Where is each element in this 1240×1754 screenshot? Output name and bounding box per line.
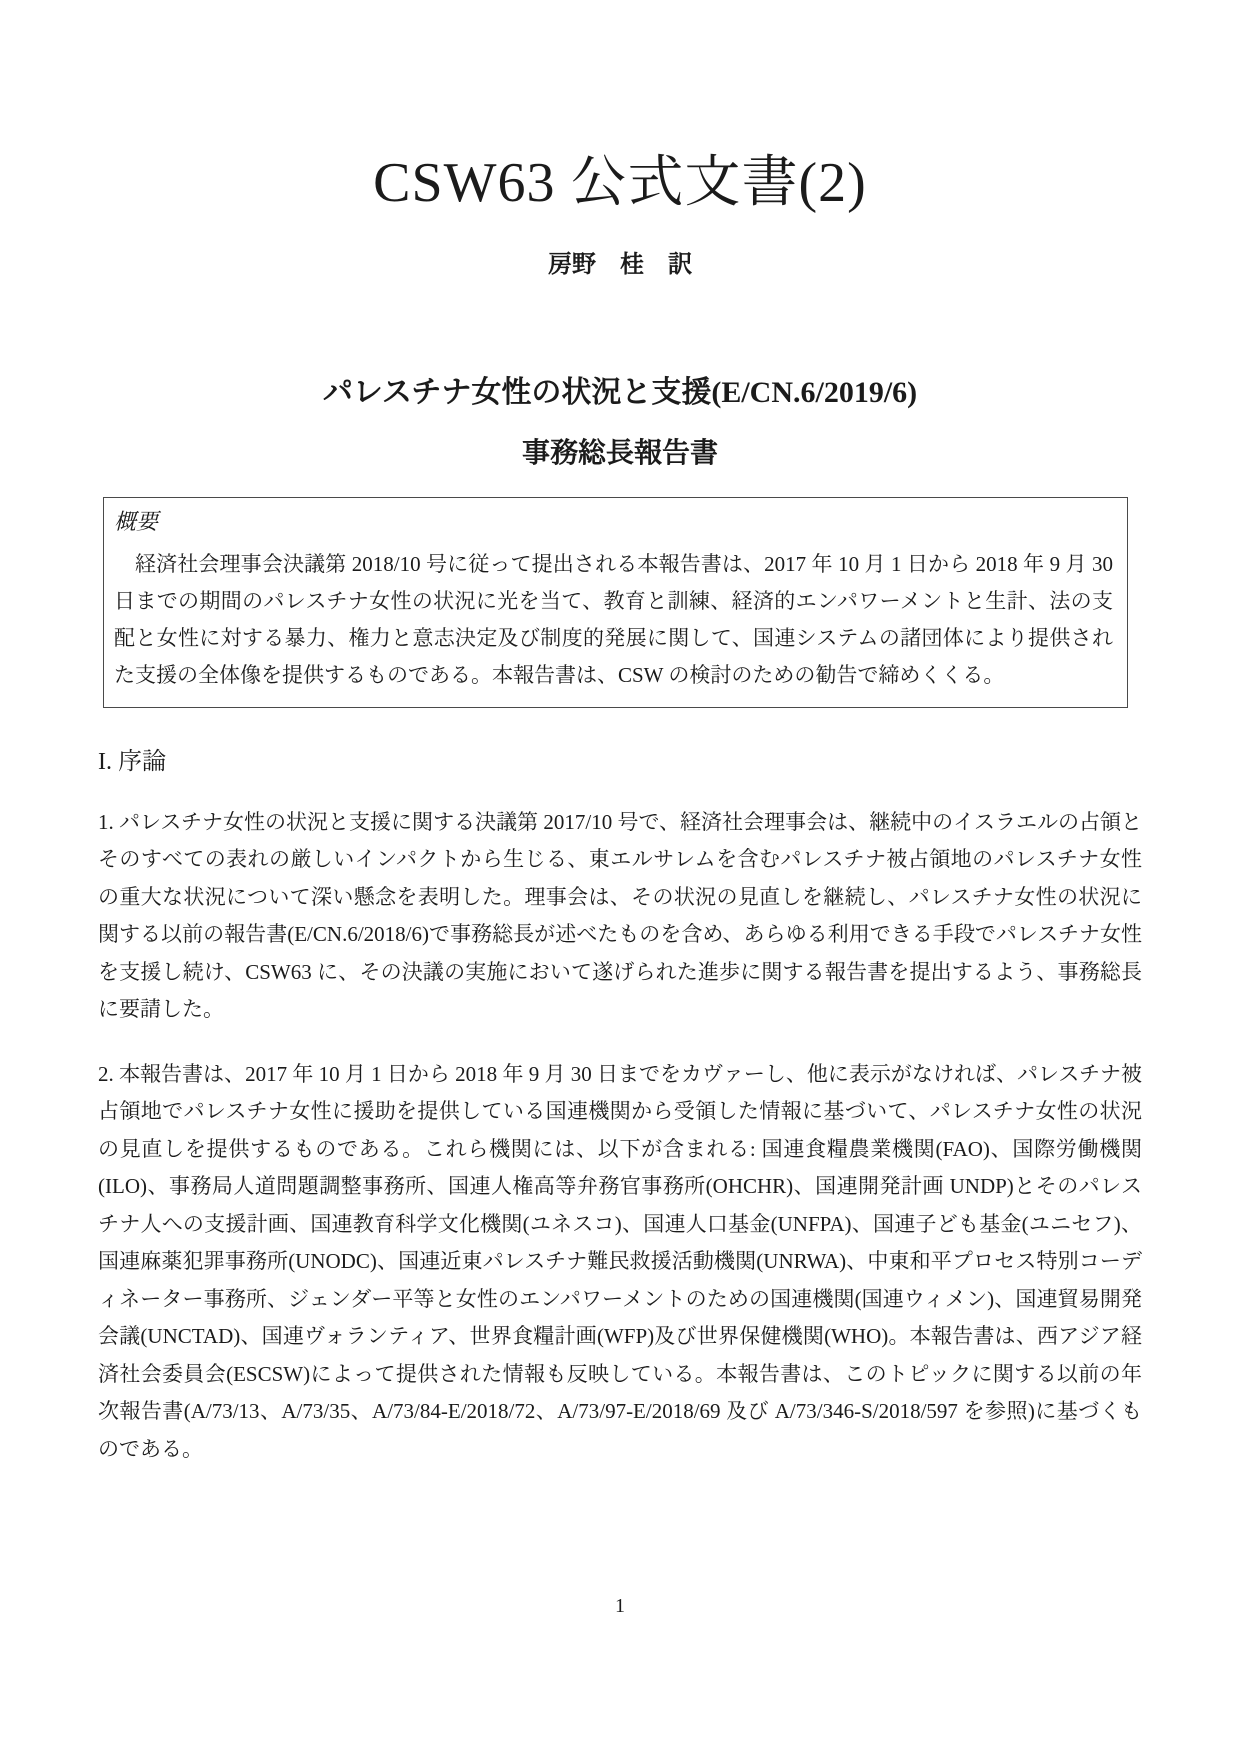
summary-box: 概要 経済社会理事会決議第 2018/10 号に従って提出される本報告書は、20… xyxy=(103,497,1128,708)
summary-text: 経済社会理事会決議第 2018/10 号に従って提出される本報告書は、2017 … xyxy=(114,546,1113,694)
paragraph-1: 1. パレスチナ女性の状況と支援に関する決議第 2017/10 号で、経済社会理… xyxy=(98,804,1142,1029)
paragraph-2: 2. 本報告書は、2017 年 10 月 1 日から 2018 年 9 月 30… xyxy=(98,1056,1142,1469)
document-page: CSW63 公式文書(2) 房野 桂 訳 パレスチナ女性の状況と支援(E/CN.… xyxy=(0,0,1240,1754)
document-main-title: CSW63 公式文書(2) xyxy=(98,0,1142,217)
summary-label: 概要 xyxy=(114,505,1113,538)
section-heading-introduction: I. 序論 xyxy=(98,748,1142,777)
report-subtitle: 事務総長報告書 xyxy=(98,437,1142,471)
translator-credit: 房野 桂 訳 xyxy=(98,251,1142,280)
page-number: 1 xyxy=(0,1595,1240,1618)
report-title: パレスチナ女性の状況と支援(E/CN.6/2019/6) xyxy=(98,374,1142,412)
